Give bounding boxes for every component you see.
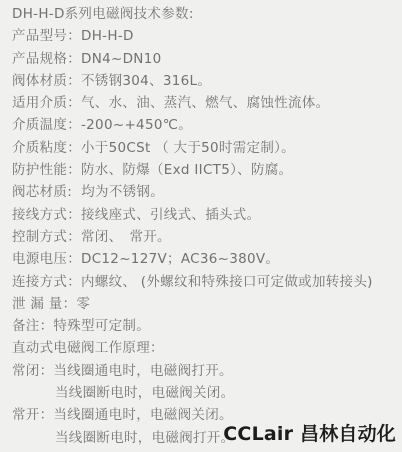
spec-line: 备注：特殊型可定制。 <box>12 315 402 337</box>
spec-line: DH-H-D系列电磁阀技术参数: <box>12 3 402 25</box>
spec-line: 控制方式：常闭、 常开。 <box>12 226 402 248</box>
spec-line: 当线圈断电时，电磁阀关闭。 <box>12 382 402 404</box>
spec-line: 直动式电磁阀工作原理： <box>12 337 402 359</box>
spec-sheet: DH-H-D系列电磁阀技术参数:产品型号：DH-H-D产品规格：DN4~DN10… <box>0 0 402 452</box>
spec-line: 接线方式：接线座式、引线式、插头式。 <box>12 204 402 226</box>
spec-line: 介质温度：-200~+450℃。 <box>12 114 402 136</box>
spec-line: 电源电压：DC12~127V；AC36~380V。 <box>12 248 402 270</box>
spec-line: 产品规格：DN4~DN10 <box>12 48 402 70</box>
spec-line: 阀体材质：不锈钢304、316L。 <box>12 70 402 92</box>
spec-line: 适用介质：气、水、油、蒸汽、燃气、腐蚀性流体。 <box>12 92 402 114</box>
spec-lines: DH-H-D系列电磁阀技术参数:产品型号：DH-H-D产品规格：DN4~DN10… <box>12 3 402 449</box>
spec-line: 介质粘度：小于50CSt （ 大于50时需定制）。 <box>12 137 402 159</box>
spec-line: 产品型号：DH-H-D <box>12 25 402 47</box>
spec-line: 阀芯材质: 均为不锈钢。 <box>12 181 402 203</box>
brand-logo: CCLair 昌林自动化 <box>223 419 396 446</box>
spec-line: 常闭：当线圈通电时，电磁阀打开。 <box>12 360 402 382</box>
spec-line: 防护性能：防水、防爆（Exd IICT5）、防腐。 <box>12 159 402 181</box>
spec-line: 连接方式：内螺纹、 (外螺纹和特殊接口可定做或加转接头) <box>12 271 402 293</box>
spec-line: 泄 漏 量：零 <box>12 293 402 315</box>
